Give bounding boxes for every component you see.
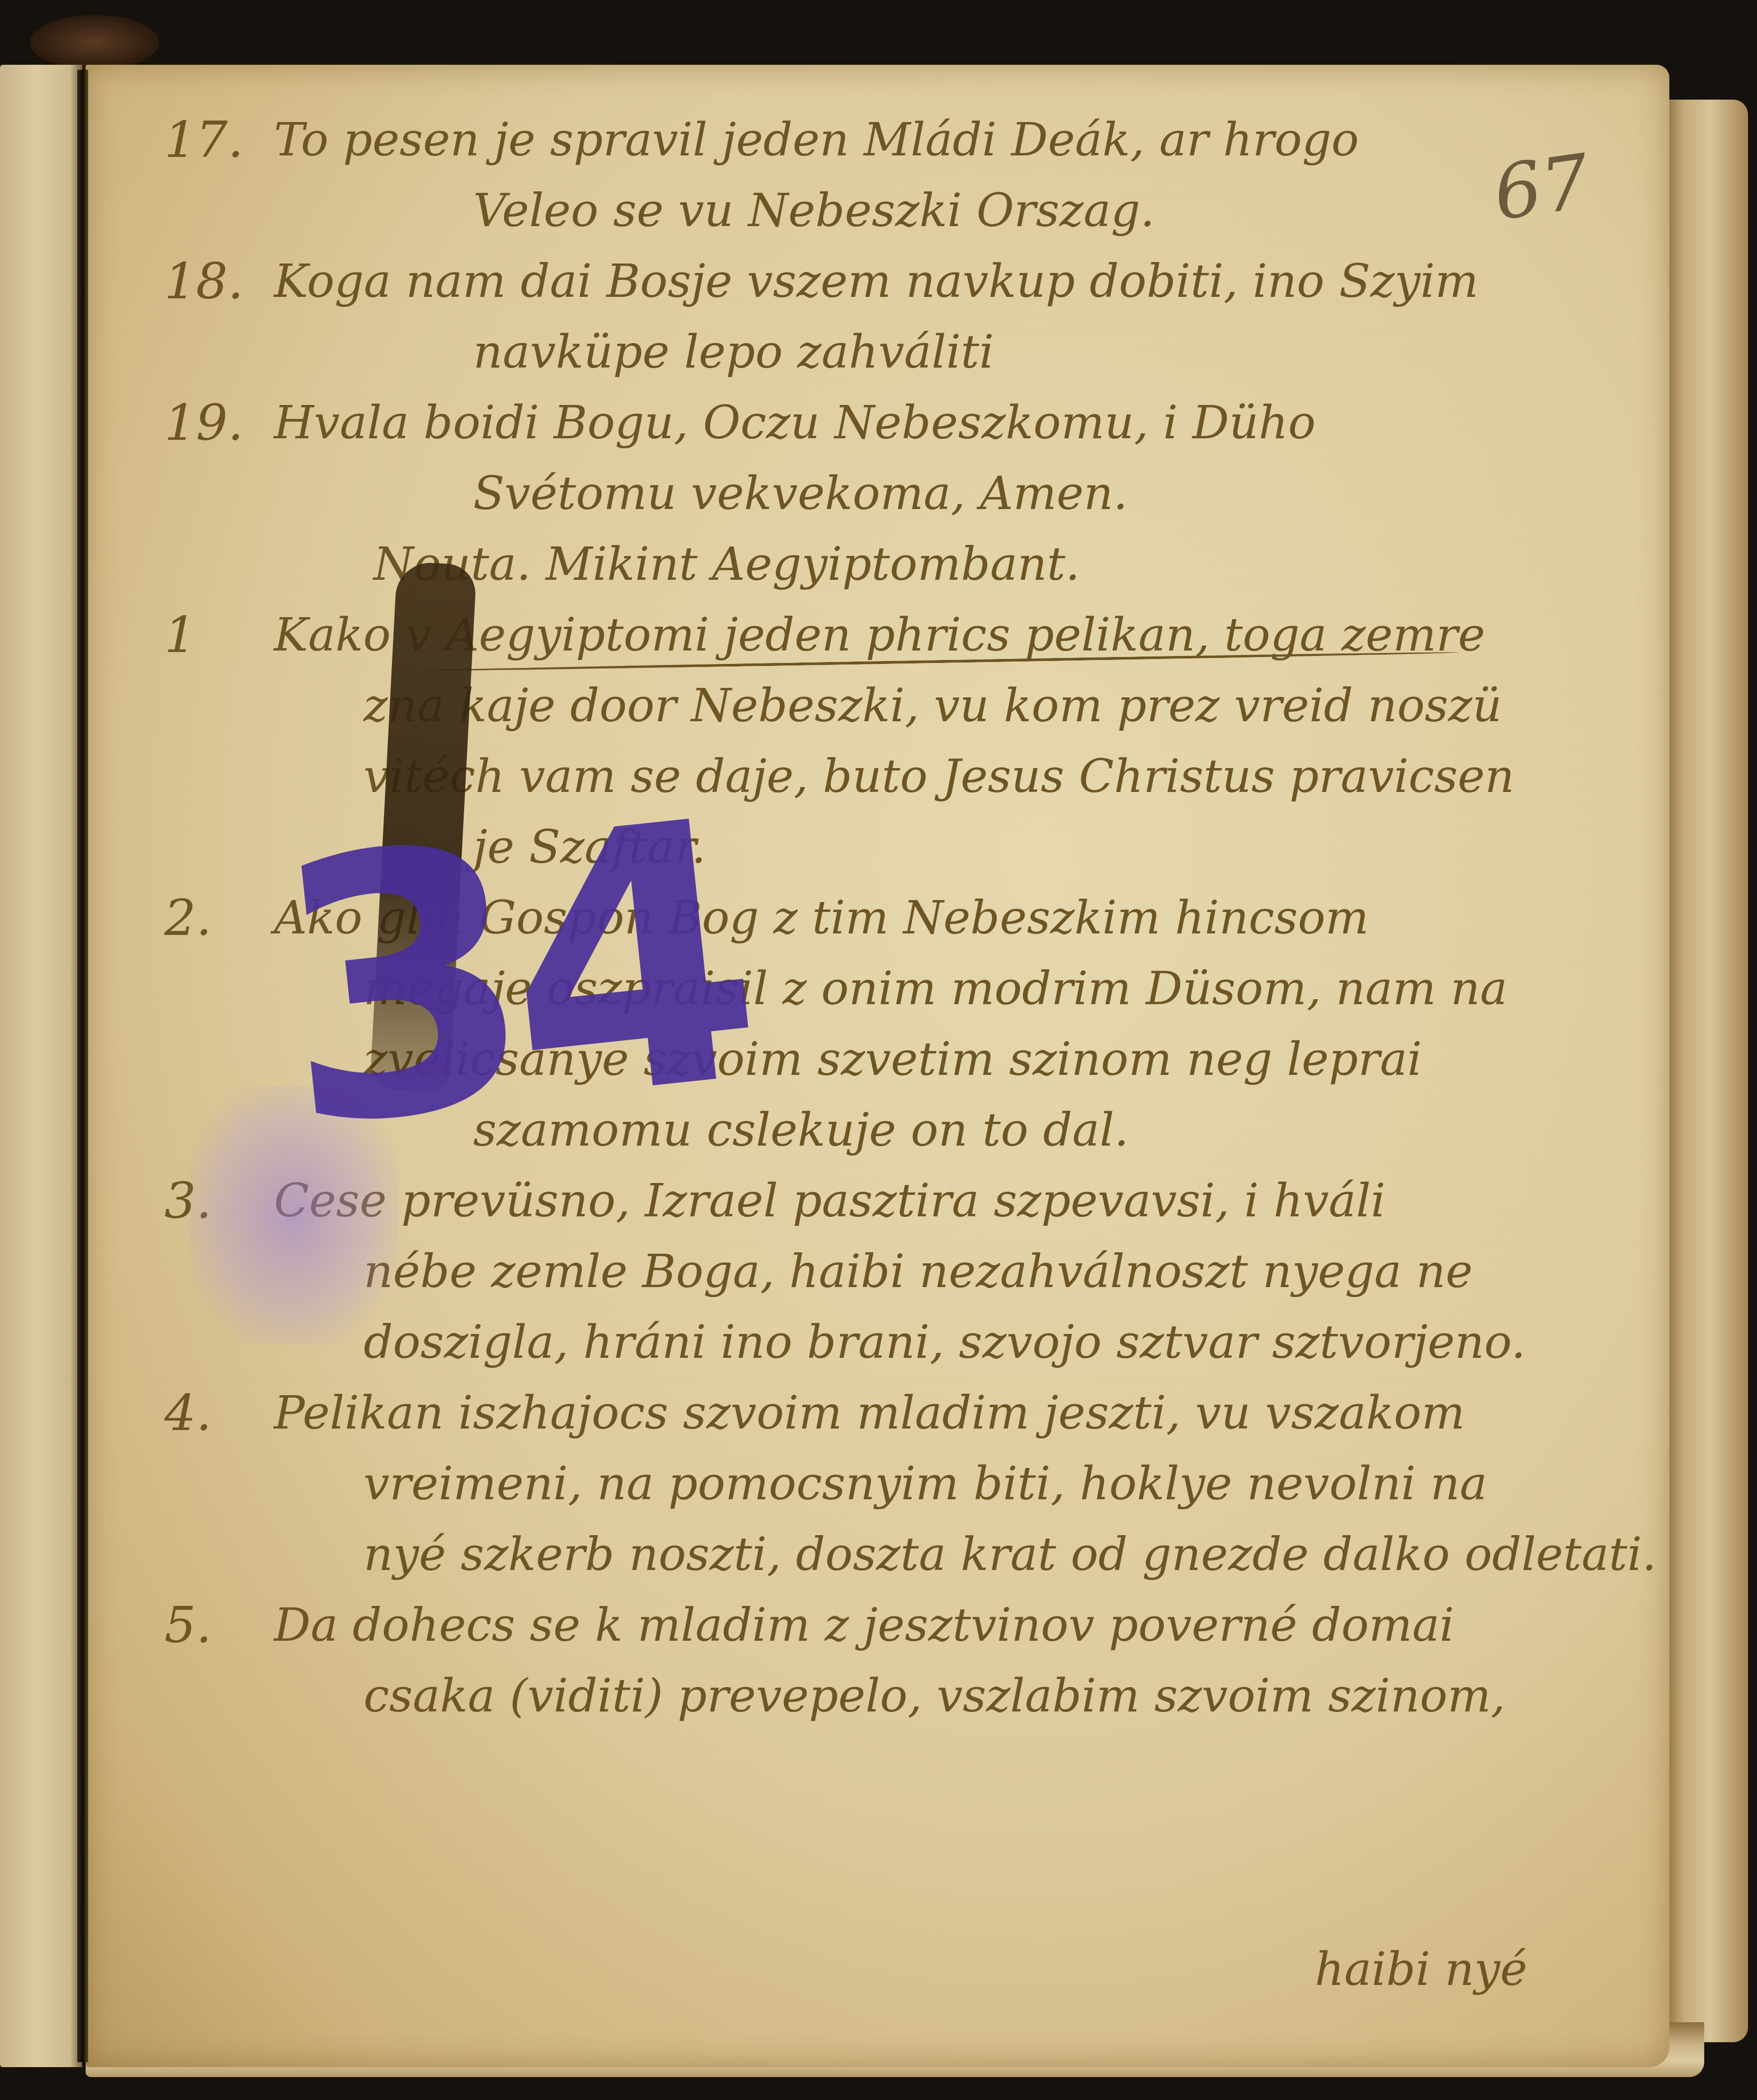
book-gutter bbox=[77, 70, 88, 2062]
verse-line: navküpe lepo zahváliti bbox=[164, 317, 1648, 388]
verse-number: 5. bbox=[164, 1590, 264, 1661]
line-text: nébe zemle Boga, haibi nezahválnoszt nye… bbox=[364, 1236, 1473, 1307]
verse-number: 19. bbox=[164, 388, 264, 458]
line-text: Pelikan iszhajocs szvoim mladim jeszti, … bbox=[274, 1378, 1465, 1448]
verse-number: 2. bbox=[164, 883, 264, 953]
line-text: Koga nam dai Bosje vszem navkup dobiti, … bbox=[274, 246, 1479, 317]
verse-line: Veleo se vu Nebeszki Orszag. bbox=[164, 175, 1648, 246]
verse-line: 19.Hvala boidi Bogu, Oczu Nebeszkomu, i … bbox=[164, 388, 1648, 458]
verse-line: 5.Da dohecs se k mladim z jesztvinov pov… bbox=[164, 1590, 1648, 1661]
line-text: doszigla, hráni ino brani, szvojo sztvar… bbox=[364, 1307, 1525, 1378]
verse-line: csaka (viditi) prevepelo, vszlabim szvoi… bbox=[164, 1661, 1648, 1731]
line-text: zna kaje door Nebeszki, vu kom prez vrei… bbox=[364, 670, 1502, 741]
line-text: To pesen je spravil jeden Mládi Deák, ar… bbox=[274, 105, 1359, 175]
line-text: nyé szkerb noszti, doszta krat od gnezde… bbox=[364, 1519, 1656, 1590]
verse-number: 17. bbox=[164, 105, 264, 175]
page-stack-right-edge bbox=[1663, 100, 1748, 2042]
verse-line: zna kaje door Nebeszki, vu kom prez vrei… bbox=[164, 670, 1648, 741]
line-text: Veleo se vu Nebeszki Orszag. bbox=[473, 175, 1155, 246]
line-text: vreimeni, na pomocsnyim biti, hoklye nev… bbox=[364, 1448, 1487, 1519]
hymn-heading: Nouta. Mikint Aegyiptombant. bbox=[164, 529, 1648, 600]
shelf-mark-number: 34 bbox=[258, 744, 758, 1207]
verse-line: Svétomu vekvekoma, Amen. bbox=[164, 458, 1648, 529]
verse-number: 1 bbox=[164, 600, 264, 670]
verse-line: 4.Pelikan iszhajocs szvoim mladim jeszti… bbox=[164, 1378, 1648, 1448]
verse-line: nyé szkerb noszti, doszta krat od gnezde… bbox=[164, 1519, 1648, 1590]
verse-number: 18. bbox=[164, 246, 264, 317]
verse-line: 17.To pesen je spravil jeden Mládi Deák,… bbox=[164, 105, 1648, 175]
line-text: navküpe lepo zahváliti bbox=[473, 317, 994, 388]
left-page-edge bbox=[0, 65, 82, 2067]
line-text: Hvala boidi Bogu, Oczu Nebeszkomu, i Düh… bbox=[274, 388, 1316, 458]
line-text: Da dohecs se k mladim z jesztvinov pover… bbox=[274, 1590, 1454, 1661]
line-text: Svétomu vekvekoma, Amen. bbox=[473, 458, 1128, 529]
verse-line: 1Kako v Aegyiptomi jeden phrics pelikan,… bbox=[164, 600, 1648, 670]
verse-line: 18.Koga nam dai Bosje vszem navkup dobit… bbox=[164, 246, 1648, 317]
catchword: haibi nyé bbox=[1315, 1943, 1527, 1996]
verse-number: 4. bbox=[164, 1378, 264, 1448]
heading-text: Nouta. Mikint Aegyiptombant. bbox=[374, 529, 1080, 600]
line-text: csaka (viditi) prevepelo, vszlabim szvoi… bbox=[364, 1661, 1506, 1731]
verse-line: vreimeni, na pomocsnyim biti, hoklye nev… bbox=[164, 1448, 1648, 1519]
binding-tuft bbox=[30, 15, 159, 70]
